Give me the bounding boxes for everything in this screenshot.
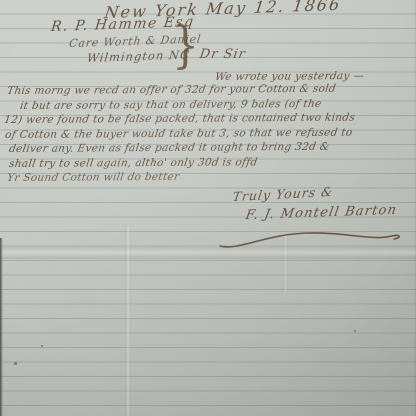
letter-photo: New York May 12. 1866 R. P. Hamme Esq Ca… (0, 0, 416, 416)
letter-body-line: of Cotton & the buyer would take but 3, … (4, 127, 353, 141)
paper-speck (41, 345, 43, 347)
address-brace-icon: } (172, 16, 199, 74)
paper-speck (14, 362, 17, 365)
letter-body-line: it but are sorry to say that on delivery… (19, 98, 322, 112)
letter-body-line: 12) were found to be false packed, that … (3, 112, 356, 126)
letter-body-line: We wrote you yesterday — (214, 70, 365, 83)
letter-body-line: This morng we recd an offer of 32d for y… (6, 83, 337, 97)
letter-body-line: Yr Sound Cotton will do better (6, 171, 180, 184)
paper-edge-shadow-left (0, 238, 3, 416)
letter-salutation: Dr Sir (198, 47, 247, 62)
signature-flourish-icon (216, 228, 406, 252)
letter-body-line: shall try to sell again, altho' only 30d… (8, 156, 258, 170)
letter-body-line: deliver any. Even as false packed it oug… (8, 141, 330, 155)
paper-speck (354, 330, 356, 332)
